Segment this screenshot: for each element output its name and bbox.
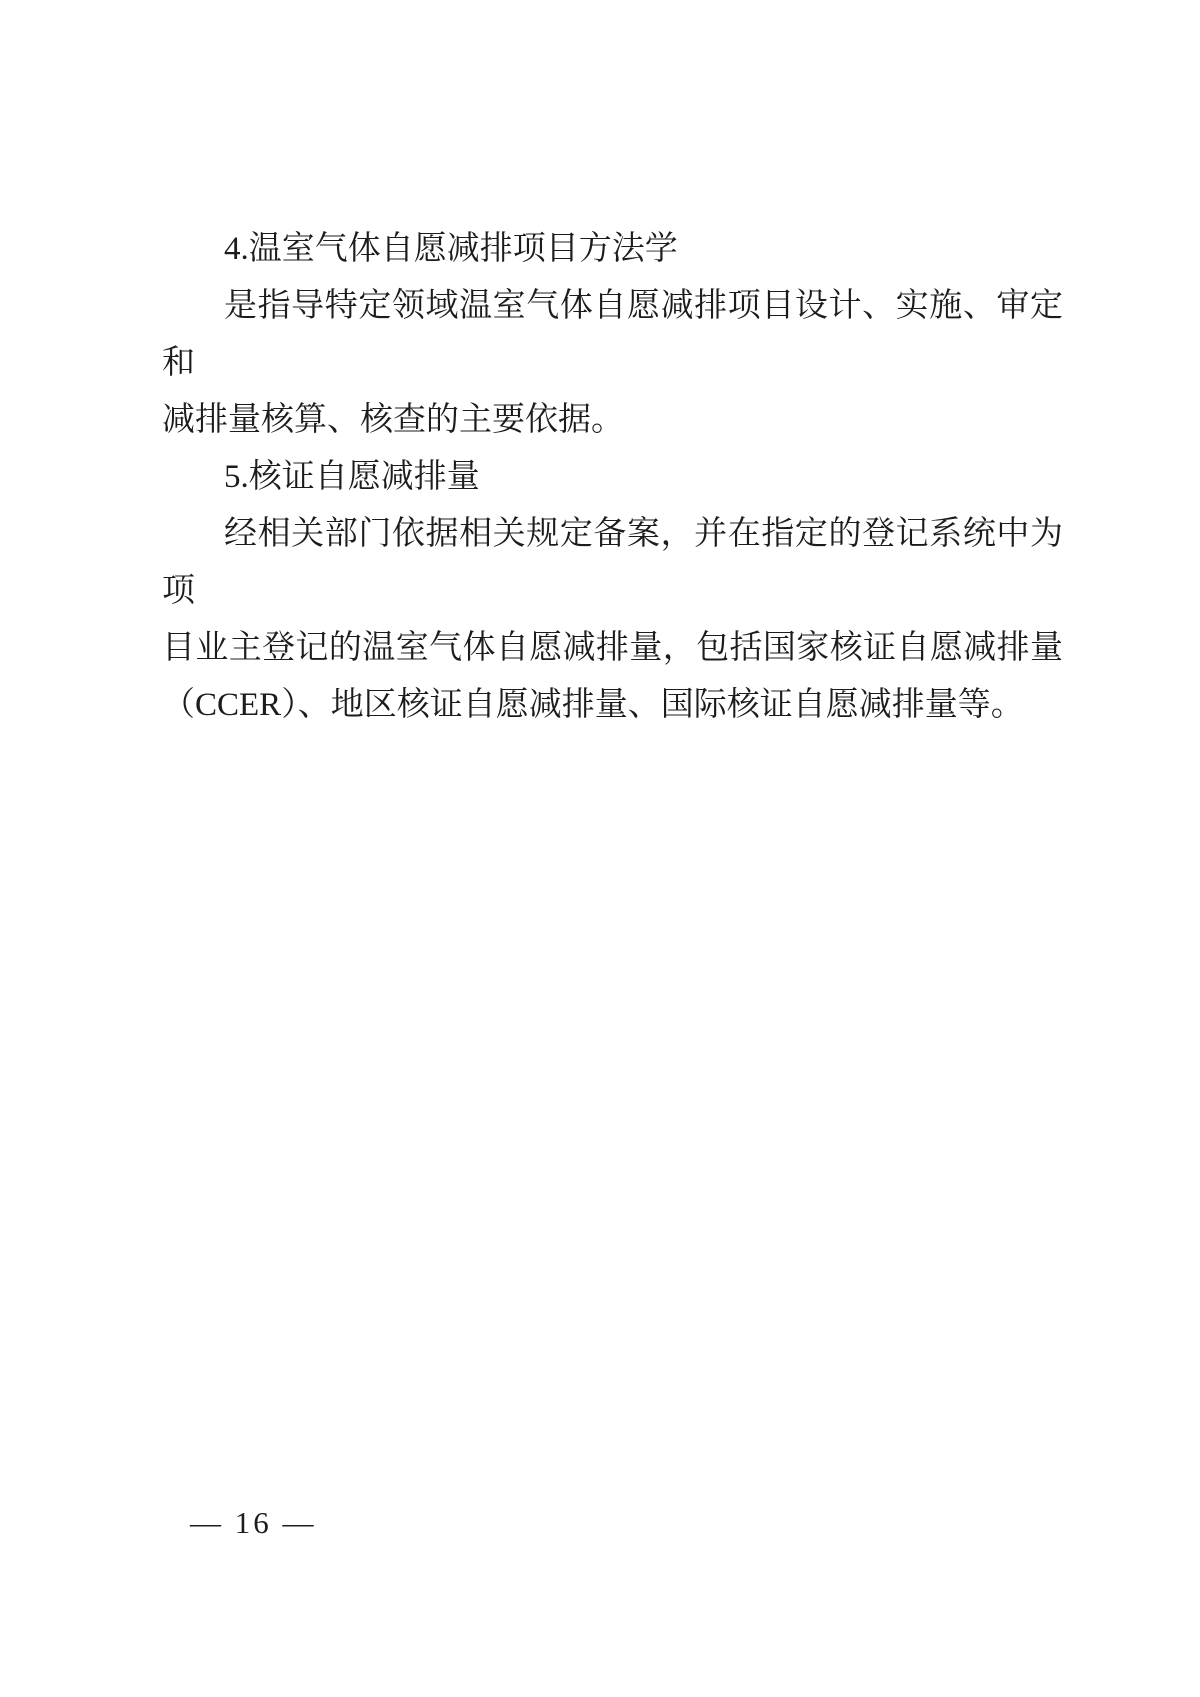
section-4-body-line-2: 减排量核算、核查的主要依据。 [162, 392, 1063, 449]
section-4-body-line-1: 是指导特定领域温室气体自愿减排项目设计、实施、审定和 [162, 278, 1063, 392]
section-5-body-line-2: 目业主登记的温室气体自愿减排量，包括国家核证自愿减排量 [162, 620, 1063, 677]
section-4-heading: 4.温室气体自愿减排项目方法学 [162, 221, 1063, 278]
section-5-body-line-1: 经相关部门依据相关规定备案，并在指定的登记系统中为项 [162, 506, 1063, 620]
document-page: 4.温室气体自愿减排项目方法学 是指导特定领域温室气体自愿减排项目设计、实施、审… [0, 0, 1200, 1697]
page-number: — 16 — [190, 1505, 317, 1541]
section-5-heading: 5.核证自愿减排量 [162, 449, 1063, 506]
document-text-block: 4.温室气体自愿减排项目方法学 是指导特定领域温室气体自愿减排项目设计、实施、审… [162, 221, 1063, 734]
section-5-body-line-3: （CCER）、地区核证自愿减排量、国际核证自愿减排量等。 [162, 677, 1063, 734]
